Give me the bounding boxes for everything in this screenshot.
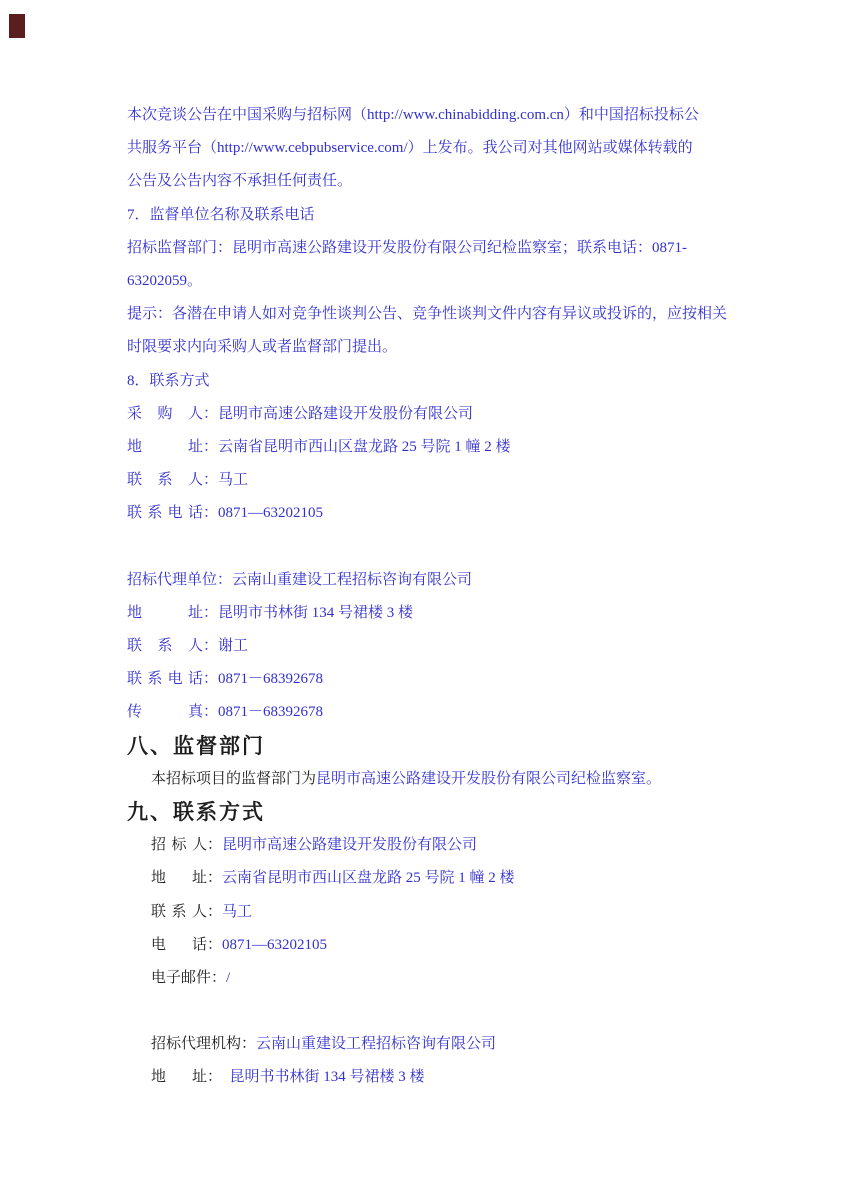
text-segment: 地址 — [151, 862, 207, 895]
tip-line-1: 提示：各潜在申请人如对竞争性谈判公告、竞争性谈判文件内容有异议或投诉的，应按相关 — [127, 298, 737, 331]
text-segment: 联系电话 — [127, 663, 203, 696]
tenderee-address-line: 地址：云南省昆明市西山区盘龙路 25 号院 1 幢 2 楼 — [127, 862, 737, 895]
document-content: 本次竞谈公告在中国采购与招标网（http://www.chinabidding.… — [127, 99, 737, 1095]
text-segment: ：云南省昆明市西山区盘龙路 25 号院 1 幢 2 楼 — [203, 439, 511, 455]
text-segment: 九、联系方式 — [127, 801, 265, 824]
purchaser-line: 采购人：昆明市高速公路建设开发股份有限公司 — [127, 398, 737, 431]
text-segment: 本次竞谈公告在中国采购与招标网（http://www.chinabidding.… — [127, 107, 699, 123]
text-segment: ： — [207, 870, 222, 886]
text-segment: 传真 — [127, 696, 203, 729]
text-segment: 公告及公告内容不承担任何责任。 — [127, 173, 352, 189]
supervision-dept-line-1: 招标监督部门：昆明市高速公路建设开发股份有限公司纪检监察室；联系电话：0871- — [127, 232, 737, 265]
page-corner-mark — [9, 14, 25, 38]
section-9-heading: 九、联系方式 — [127, 796, 737, 829]
supervision-dept-line-2: 63202059。 — [127, 265, 737, 298]
para-publish-notice-line-2: 共服务平台（http://www.cebpubservice.com/）上发布。… — [127, 132, 737, 165]
tip-line-2: 时限要求内向采购人或者监督部门提出。 — [127, 331, 737, 364]
text-segment: 63202059。 — [127, 273, 202, 289]
text-segment: 8．联系方式 — [127, 373, 210, 389]
text-segment: ： — [207, 837, 222, 853]
text-segment: 昆明书书林街 134 号裙楼 3 楼 — [230, 1069, 425, 1085]
section-8-heading: 八、监督部门 — [127, 730, 737, 763]
text-segment: 联系电话 — [127, 497, 203, 530]
text-segment: 0871—63202105 — [222, 937, 327, 953]
text-segment: 地址 — [127, 597, 203, 630]
text-segment: 电子邮件 — [151, 970, 211, 986]
text-segment: 昆明市高速公路建设开发股份有限公司纪检监察室。 — [316, 771, 661, 787]
agency2-line: 招标代理机构：云南山重建设工程招标咨询有限公司 — [127, 1028, 737, 1061]
text-segment: 昆明市高速公路建设开发股份有限公司 — [222, 837, 477, 853]
agency-address-line: 地址：昆明市书林街 134 号裙楼 3 楼 — [127, 597, 737, 630]
text-segment: 提示：各潜在申请人如对竞争性谈判公告、竞争性谈判文件内容有异议或投诉的，应按相关 — [127, 306, 727, 322]
agency-phone-line: 联系电话：0871－68392678 — [127, 663, 737, 696]
text-segment: ：马工 — [203, 472, 248, 488]
text-segment: 联系人 — [127, 464, 203, 497]
document-page: 本次竞谈公告在中国采购与招标网（http://www.chinabidding.… — [0, 0, 849, 1200]
agency-line: 招标代理单位：云南山重建设工程招标咨询有限公司 — [127, 564, 737, 597]
blank-line — [127, 995, 737, 1028]
text-segment: 联系人 — [151, 896, 207, 929]
text-segment: 电话 — [151, 929, 207, 962]
text-segment: 招标代理机构： — [151, 1036, 256, 1052]
text-segment: ： — [207, 904, 222, 920]
blank-line — [127, 530, 737, 563]
section-8-body: 本招标项目的监督部门为昆明市高速公路建设开发股份有限公司纪检监察室。 — [127, 763, 737, 796]
text-segment: 云南山重建设工程招标咨询有限公司 — [256, 1036, 496, 1052]
tenderee-email-line: 电子邮件：/ — [127, 962, 737, 995]
text-segment: 本招标项目的监督部门为 — [151, 771, 316, 787]
text-segment: ： — [211, 970, 226, 986]
text-segment: 招标代理单位：云南山重建设工程招标咨询有限公司 — [127, 572, 472, 588]
tenderee-line: 招标人：昆明市高速公路建设开发股份有限公司 — [127, 829, 737, 862]
text-segment: 马工 — [222, 904, 252, 920]
tenderee-phone-line: 电话：0871—63202105 — [127, 929, 737, 962]
text-segment: 八、监督部门 — [127, 735, 265, 758]
text-segment: ： — [207, 1069, 230, 1085]
item-7-heading: 7．监督单位名称及联系电话 — [127, 199, 737, 232]
agency2-address-line: 地址： 昆明书书林街 134 号裙楼 3 楼 — [127, 1061, 737, 1094]
text-segment: ：0871－68392678 — [203, 704, 323, 720]
text-segment: 地址 — [151, 1061, 207, 1094]
text-segment: ：0871－68392678 — [203, 671, 323, 687]
text-segment: 招标人 — [151, 829, 207, 862]
para-publish-notice-line-3: 公告及公告内容不承担任何责任。 — [127, 165, 737, 198]
text-segment: ：昆明市高速公路建设开发股份有限公司 — [203, 406, 473, 422]
text-segment: ： — [207, 937, 222, 953]
text-segment: 时限要求内向采购人或者监督部门提出。 — [127, 339, 397, 355]
text-segment: 共服务平台（http://www.cebpubservice.com/）上发布。… — [127, 140, 693, 156]
purchaser-address-line: 地址：云南省昆明市西山区盘龙路 25 号院 1 幢 2 楼 — [127, 431, 737, 464]
text-segment: 招标监督部门：昆明市高速公路建设开发股份有限公司纪检监察室；联系电话：0871- — [127, 240, 687, 256]
text-segment: ：谢工 — [203, 638, 248, 654]
purchaser-phone-line: 联系电话：0871—63202105 — [127, 497, 737, 530]
para-publish-notice-line-1: 本次竞谈公告在中国采购与招标网（http://www.chinabidding.… — [127, 99, 737, 132]
agency-fax-line: 传真：0871－68392678 — [127, 696, 737, 729]
text-segment: 地址 — [127, 431, 203, 464]
tenderee-contact-line: 联系人：马工 — [127, 896, 737, 929]
text-segment: ：昆明市书林街 134 号裙楼 3 楼 — [203, 605, 413, 621]
agency-contact-line: 联系人：谢工 — [127, 630, 737, 663]
text-segment: / — [226, 970, 230, 986]
text-segment: ：0871—63202105 — [203, 505, 323, 521]
text-segment: 7．监督单位名称及联系电话 — [127, 207, 315, 223]
text-segment: 联系人 — [127, 630, 203, 663]
item-8-heading: 8．联系方式 — [127, 365, 737, 398]
purchaser-contact-line: 联系人：马工 — [127, 464, 737, 497]
text-segment: 采购人 — [127, 398, 203, 431]
text-segment: 云南省昆明市西山区盘龙路 25 号院 1 幢 2 楼 — [222, 870, 515, 886]
